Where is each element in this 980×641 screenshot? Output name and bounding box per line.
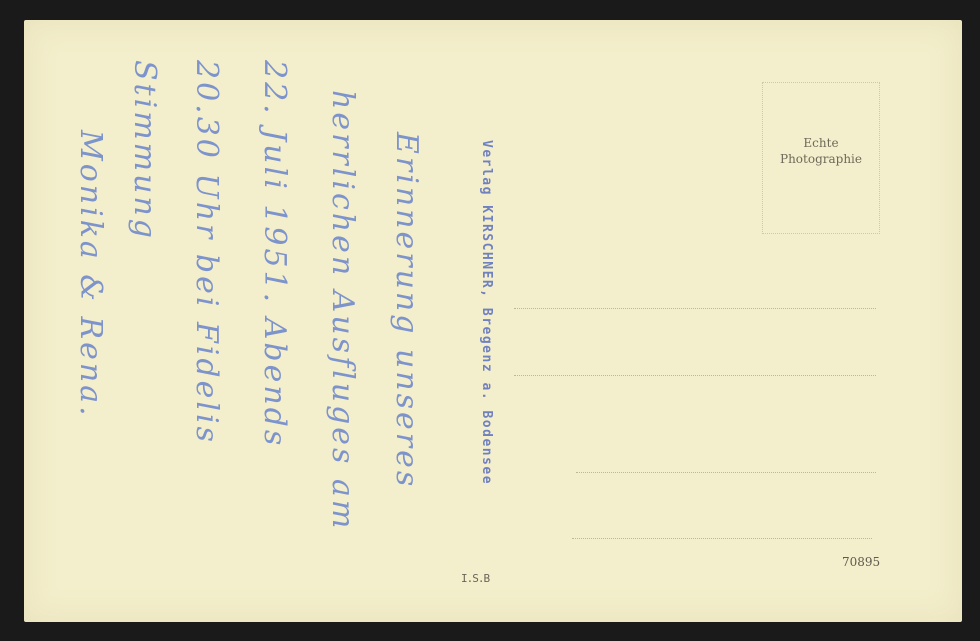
handwriting-line-4: 20.30 Uhr bei Fidelis — [189, 60, 224, 445]
handwriting-line-3: 22. Juli 1951. Abends — [257, 60, 292, 448]
address-line-3 — [576, 472, 876, 473]
address-line-1 — [514, 308, 876, 309]
handwriting-line-1: Erinnerung unseres — [389, 132, 424, 489]
stamp-label-line1: Echte — [763, 135, 879, 151]
address-line-4 — [572, 538, 872, 539]
handwriting-line-5: Stimmung — [127, 60, 162, 241]
handwriting-line-2: herrlichen Ausfluges am — [325, 90, 360, 531]
card-number: 70895 — [842, 555, 880, 569]
publisher-stamp: Verlag KIRSCHNER, Bregenz a. Bodensee — [470, 140, 494, 580]
stamp-label-line2: Photographie — [763, 151, 879, 167]
address-line-2 — [514, 375, 876, 376]
stamp-label: Echte Photographie — [763, 135, 879, 167]
handwriting-line-6: Monika & Rena. — [73, 130, 108, 419]
stamp-placeholder-box: Echte Photographie — [762, 82, 880, 234]
